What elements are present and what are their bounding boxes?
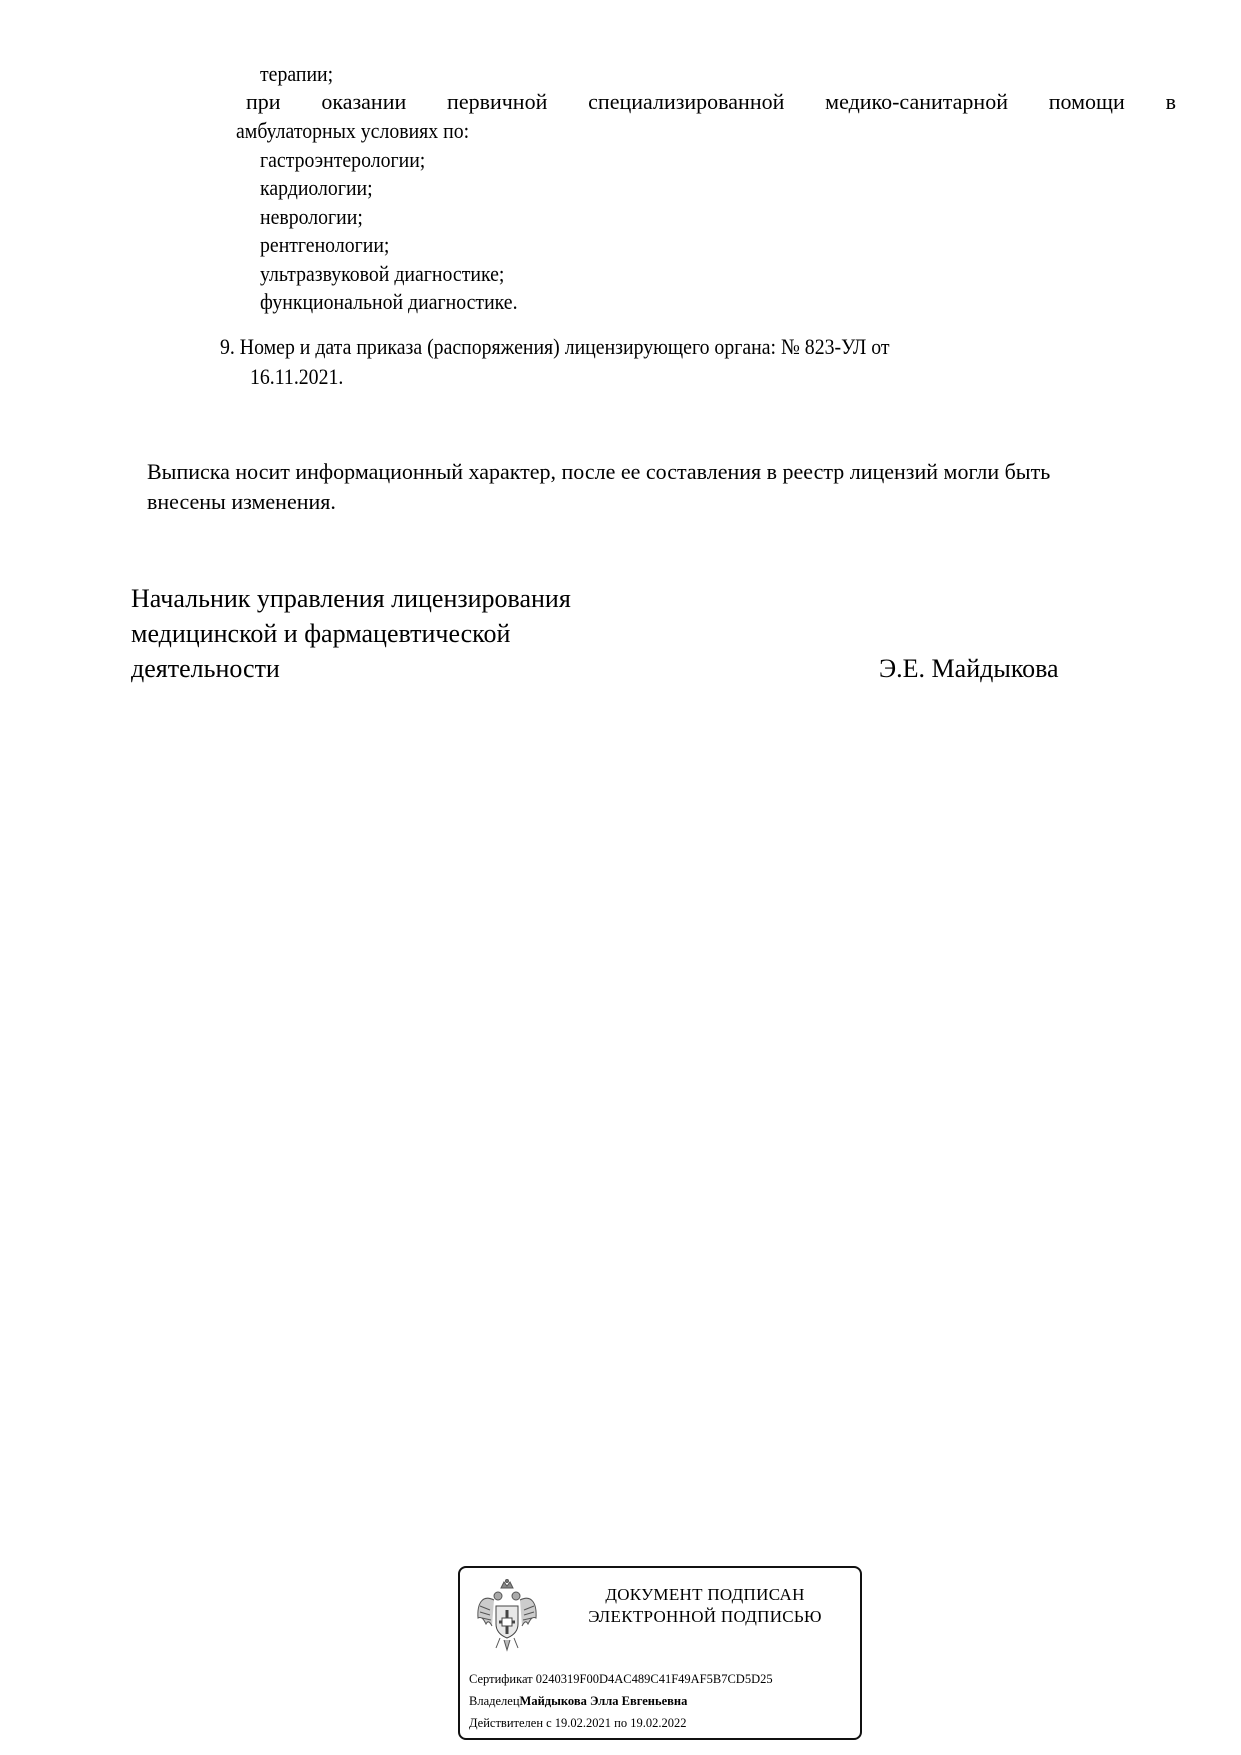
list-item: рентгенологии; xyxy=(260,231,389,259)
signatory-position-line: медицинской и фармацевтической xyxy=(131,617,510,651)
word: при xyxy=(246,88,281,116)
certificate-label: Сертификат xyxy=(469,1672,533,1686)
owner-label: Владелец xyxy=(469,1694,520,1708)
list-item: неврологии; xyxy=(260,203,363,231)
signatory-position-line: деятельности xyxy=(131,652,280,686)
stamp-title-line2: ЭЛЕКТРОННОЙ ПОДПИСЬЮ xyxy=(560,1606,850,1628)
list-item: гастроэнтерологии; xyxy=(260,146,425,174)
therapy-tail: терапии; xyxy=(260,60,333,88)
item9-date: 16.11.2021. xyxy=(250,363,343,391)
word: первичной xyxy=(447,88,547,116)
certificate-row: Сертификат 0240319F00D4AC489C41F49AF5B7C… xyxy=(469,1671,773,1687)
word: помощи xyxy=(1049,88,1125,116)
owner-row: ВладелецМайдыкова Элла Евгеньевна xyxy=(469,1693,687,1709)
list-item: ультразвуковой диагностике; xyxy=(260,260,504,288)
signatory-name: Э.Е. Майдыкова xyxy=(879,652,1059,686)
word: специализированной xyxy=(588,88,784,116)
stamp-title: ДОКУМЕНТ ПОДПИСАН ЭЛЕКТРОННОЙ ПОДПИСЬЮ xyxy=(560,1584,850,1628)
russian-coat-of-arms-icon xyxy=(474,1578,540,1654)
owner-value: Майдыкова Элла Евгеньевна xyxy=(520,1694,688,1708)
validity-row: Действителен с 19.02.2021 по 19.02.2022 xyxy=(469,1715,687,1731)
item9-text: Номер и дата приказа (распоряжения) лице… xyxy=(240,334,890,359)
list-item: кардиологии; xyxy=(260,174,373,202)
item9-number: 9. xyxy=(220,334,235,359)
disclaimer-line1: Выписка носит информационный характер, п… xyxy=(147,458,1050,486)
certificate-value: 0240319F00D4AC489C41F49AF5B7CD5D25 xyxy=(536,1672,773,1686)
stamp-title-line1: ДОКУМЕНТ ПОДПИСАН xyxy=(560,1584,850,1606)
ambulatory-intro-line2: амбулаторных условиях по: xyxy=(236,117,469,145)
electronic-signature-stamp: ДОКУМЕНТ ПОДПИСАН ЭЛЕКТРОННОЙ ПОДПИСЬЮ С… xyxy=(458,1566,862,1740)
word: медико-санитарной xyxy=(825,88,1008,116)
item9-line1: 9. Номер и дата приказа (распоряжения) л… xyxy=(220,333,890,361)
disclaimer-line2: внесены изменения. xyxy=(147,488,336,516)
ambulatory-intro-line1: при оказании первичной специализированно… xyxy=(246,88,1176,116)
signatory-position-line: Начальник управления лицензирования xyxy=(131,582,571,616)
word: в xyxy=(1166,88,1176,116)
list-item: функциональной диагностике. xyxy=(260,288,518,316)
word: оказании xyxy=(321,88,406,116)
